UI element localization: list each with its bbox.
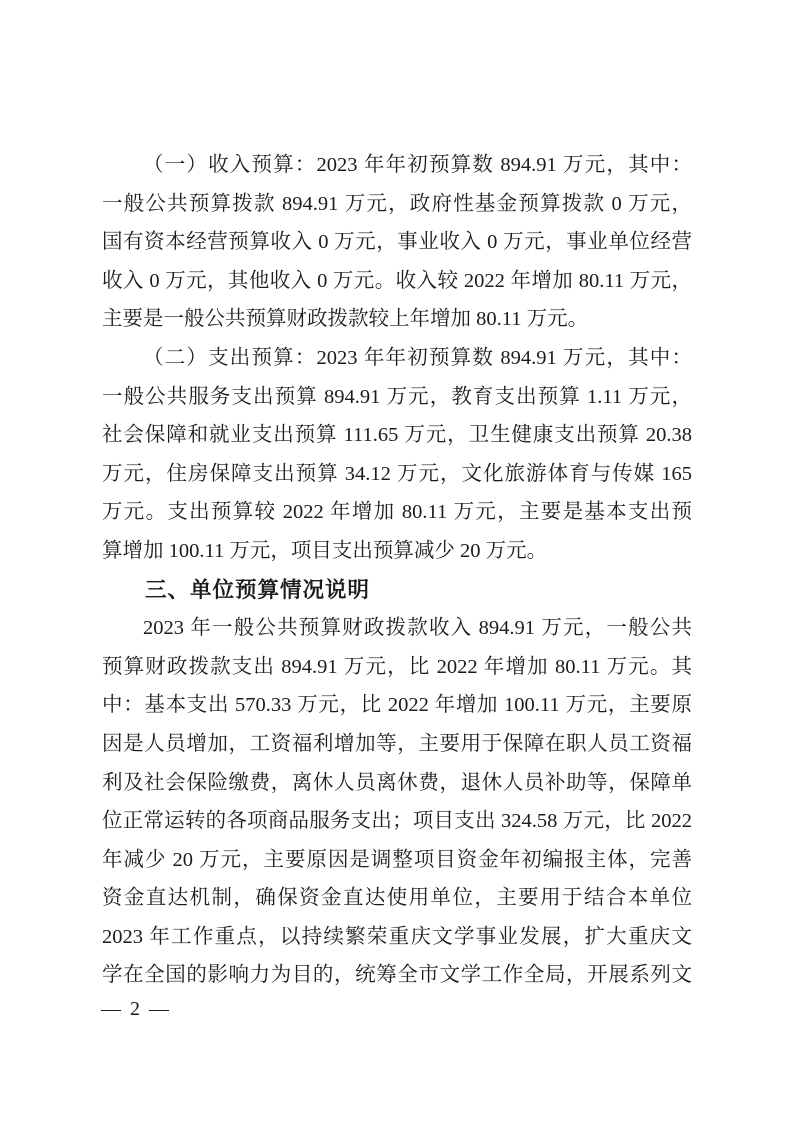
text-line: 一般公共预算拨款 894.91 万元，政府性基金预算拨款 0 万元， [102, 185, 692, 224]
text-line: （二）支出预算：2023 年年初预算数 894.91 万元，其中： [102, 339, 692, 378]
text-line: 一般公共服务支出预算 894.91 万元，教育支出预算 1.11 万元， [102, 378, 692, 417]
text-line: 年减少 20 万元，主要原因是调整项目资金年初编报主体，完善 [102, 841, 692, 880]
text-line: （一）收入预算：2023 年年初预算数 894.91 万元，其中： [102, 146, 692, 185]
text-line: 算增加 100.11 万元，项目支出预算减少 20 万元。 [102, 532, 692, 571]
paragraph-income-budget: （一）收入预算：2023 年年初预算数 894.91 万元，其中： 一般公共预算… [102, 146, 692, 339]
text-line: 位正常运转的各项商品服务支出；项目支出 324.58 万元，比 2022 [102, 802, 692, 841]
paragraph-expenditure-budget: （二）支出预算：2023 年年初预算数 894.91 万元，其中： 一般公共服务… [102, 339, 692, 571]
text-line: 利及社会保险缴费，离休人员离休费，退休人员补助等，保障单 [102, 764, 692, 803]
document-page: （一）收入预算：2023 年年初预算数 894.91 万元，其中： 一般公共预算… [0, 0, 793, 1122]
text-line: 学在全国的影响力为目的，统筹全市文学工作全局，开展系列文 [102, 956, 692, 995]
text-line: 收入 0 万元，其他收入 0 万元。收入较 2022 年增加 80.11 万元， [102, 262, 692, 301]
text-line: 2023 年一般公共预算财政拨款收入 894.91 万元，一般公共 [102, 609, 692, 648]
section-heading-unit-budget: 三、单位预算情况说明 [102, 571, 692, 610]
text-line: 资金直达机制，确保资金直达使用单位，主要用于结合本单位 [102, 879, 692, 918]
paragraph-budget-explanation: 2023 年一般公共预算财政拨款收入 894.91 万元，一般公共 预算财政拨款… [102, 609, 692, 995]
text-line: 中：基本支出 570.33 万元，比 2022 年增加 100.11 万元，主要… [102, 686, 692, 725]
text-line: 预算财政拨款支出 894.91 万元，比 2022 年增加 80.11 万元。其 [102, 648, 692, 687]
page-number: — 2 — [101, 994, 171, 1024]
text-line: 万元，住房保障支出预算 34.12 万元，文化旅游体育与传媒 165 [102, 455, 692, 494]
text-line: 万元。支出预算较 2022 年增加 80.11 万元，主要是基本支出预 [102, 493, 692, 532]
text-line: 国有资本经营预算收入 0 万元，事业收入 0 万元，事业单位经营 [102, 223, 692, 262]
budget-text-block: （一）收入预算：2023 年年初预算数 894.91 万元，其中： 一般公共预算… [102, 146, 692, 995]
text-line: 因是人员增加，工资福利增加等，主要用于保障在职人员工资福 [102, 725, 692, 764]
text-line: 主要是一般公共预算财政拨款较上年增加 80.11 万元。 [102, 300, 692, 339]
text-line: 社会保障和就业支出预算 111.65 万元，卫生健康支出预算 20.38 [102, 416, 692, 455]
text-line: 2023 年工作重点，以持续繁荣重庆文学事业发展，扩大重庆文 [102, 918, 692, 957]
